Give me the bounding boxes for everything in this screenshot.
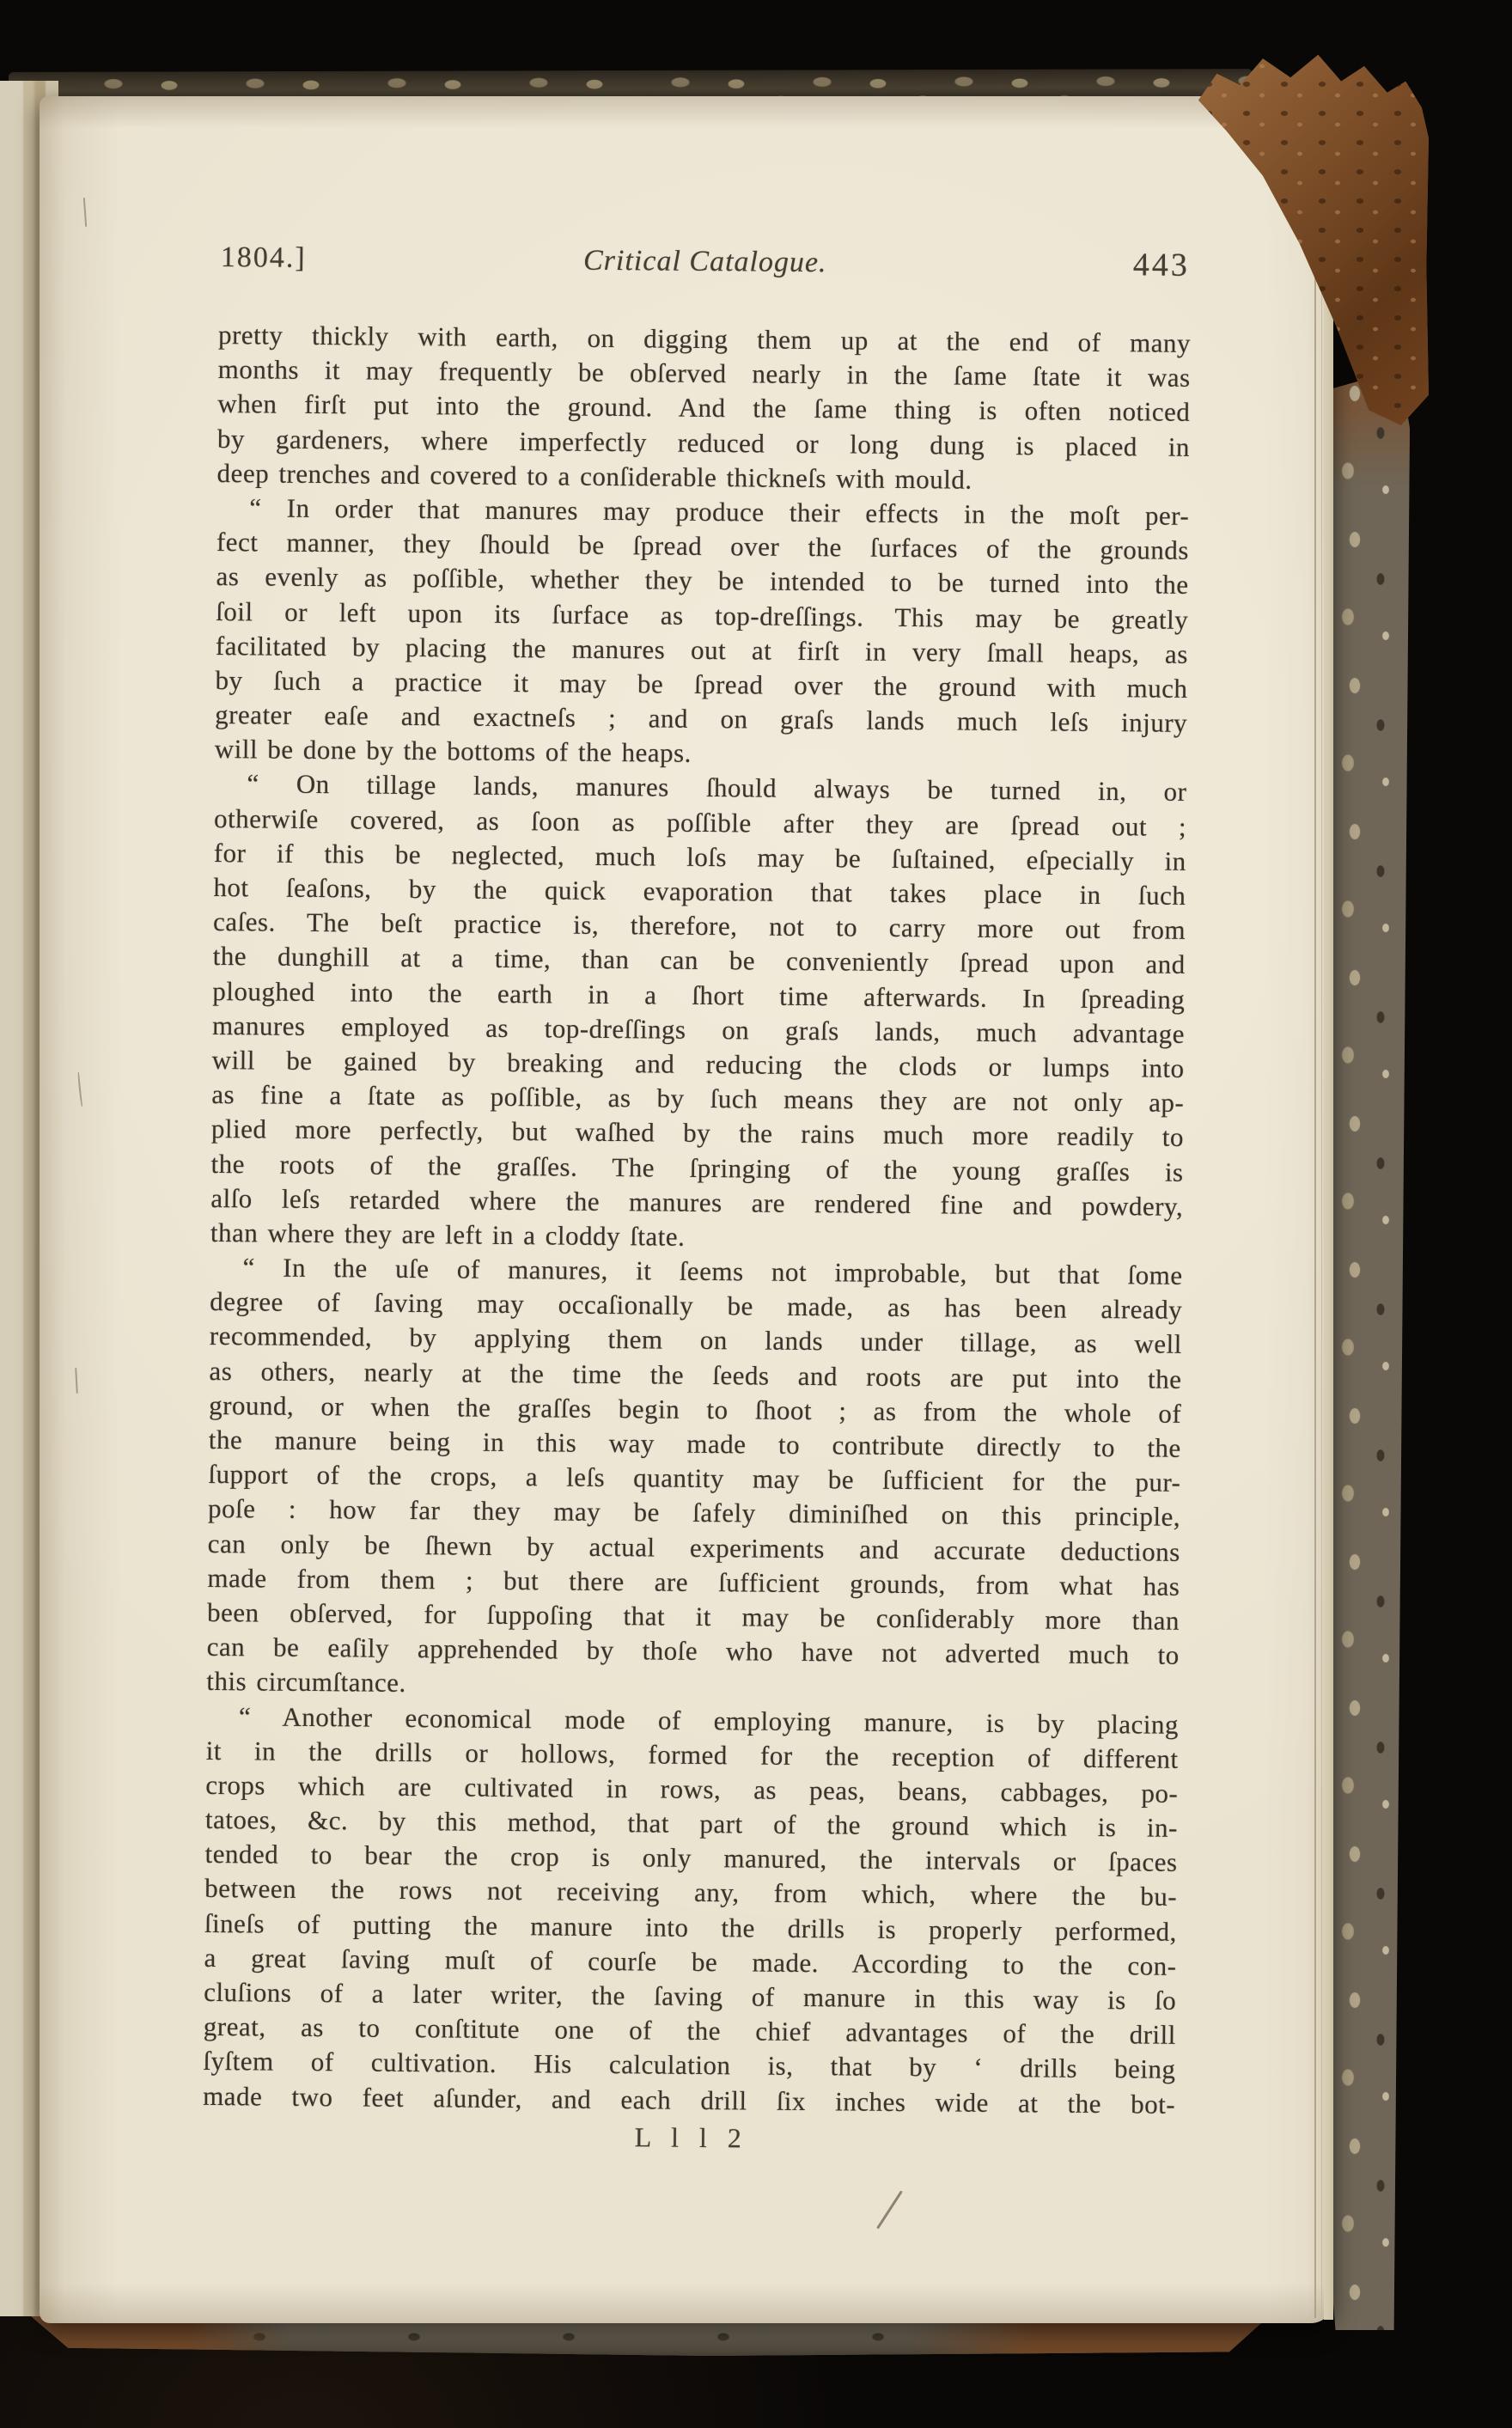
page-text: 1804.] Critical Catalogue. 443 pretty th…: [203, 241, 1192, 2158]
text-block: pretty thickly with earth, on digging th…: [203, 318, 1191, 2122]
photo-background: 1804.] Critical Catalogue. 443 pretty th…: [0, 0, 1512, 2428]
running-head-title: Critical Catalogue.: [219, 241, 1192, 283]
page-right-edge-line-2: [1321, 101, 1322, 2318]
signature-mark: L l l 2: [203, 2118, 1175, 2158]
book-page: 1804.] Critical Catalogue. 443 pretty th…: [40, 96, 1333, 2323]
page-number: 443: [1133, 246, 1190, 284]
page-right-edge-line: [1314, 101, 1316, 2318]
page-right-edge-band: [1324, 100, 1333, 2320]
book-board-right-marbled-edge: [1331, 369, 1410, 2330]
running-head: 1804.] Critical Catalogue. 443: [219, 241, 1192, 288]
